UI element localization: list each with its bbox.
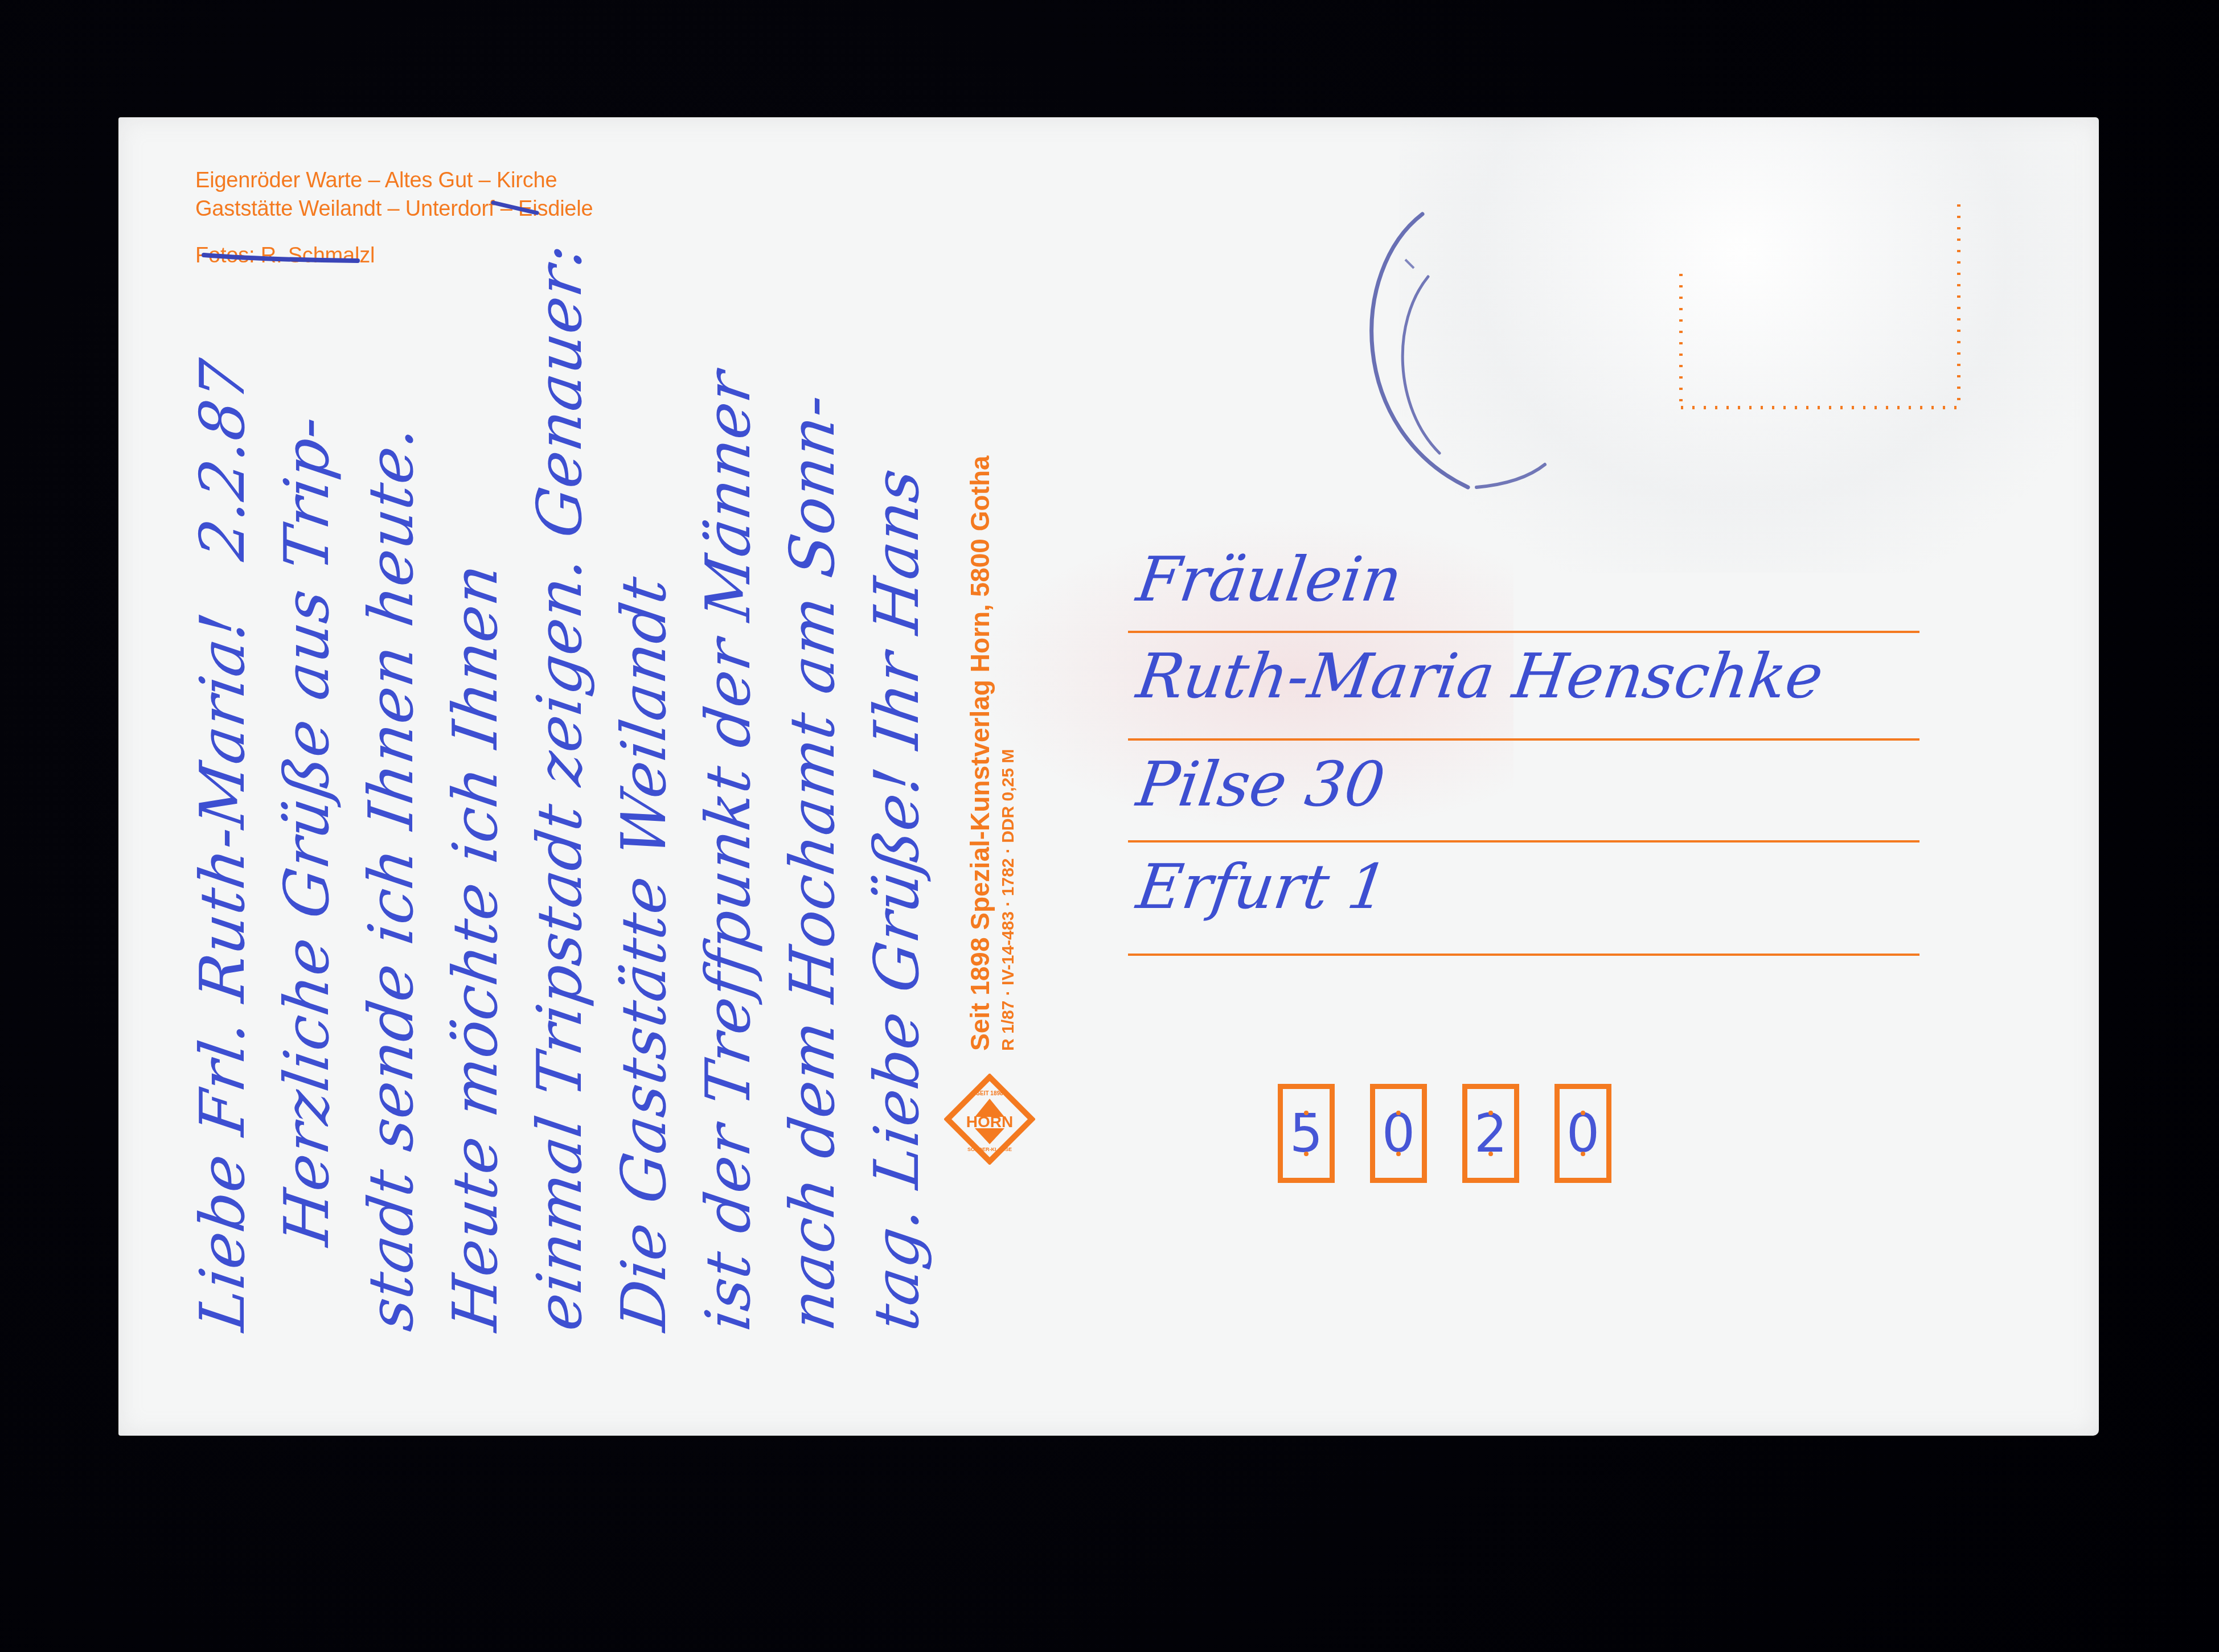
message-line: Herzliche Grüße aus Trip-	[265, 151, 350, 1336]
message-line: tag. Liebe Grüße! Ihr Hans	[855, 151, 940, 1336]
message-line: Heute möchte ich Ihnen	[434, 151, 518, 1336]
address-rule	[1128, 631, 1919, 633]
handwritten-message: Liebe Frl. Ruth-Maria! 2.2.87 Herzliche …	[181, 157, 978, 1330]
address-rule	[1128, 738, 1919, 741]
message-date: 2.2.87	[187, 355, 259, 564]
postcode-digit: 5	[1278, 1084, 1335, 1183]
scan-background: Eigenröder Warte – Altes Gut – Kirche Ga…	[0, 0, 2219, 1652]
address-rule	[1128, 954, 1919, 956]
postcode-digit: 0	[1370, 1084, 1427, 1183]
message-salutation-line: Liebe Frl. Ruth-Maria! 2.2.87	[181, 151, 265, 1336]
address-line-3: Pilse 30	[1133, 749, 1389, 820]
message-line: ist der Treffpunkt der Männer	[687, 151, 771, 1336]
message-salutation: Liebe Frl. Ruth-Maria!	[187, 609, 259, 1335]
postcode-digit: 2	[1462, 1084, 1519, 1183]
imprint-line-2: R 1/87 · IV-14-483 · 1782 · DDR 0,25 M	[997, 163, 1020, 1051]
circular-postmark-icon	[1337, 191, 1576, 510]
message-line: nach dem Hochamt am Sonn-	[771, 151, 855, 1336]
address-line-4: Erfurt 1	[1133, 852, 1392, 923]
address-line-1: Fräulein	[1133, 544, 1406, 615]
postcard: Eigenröder Warte – Altes Gut – Kirche Ga…	[118, 117, 2099, 1436]
message-line: Die Gaststätte Weilandt	[602, 151, 687, 1336]
message-line: einmal Tripstadt zeigen. Genauer:	[518, 151, 602, 1336]
address-rule	[1128, 840, 1919, 843]
svg-text:SEIT 1898: SEIT 1898	[976, 1091, 1003, 1097]
address-line-2: Ruth-Maria Henschke	[1133, 641, 1827, 712]
postcode-boxes: 5 0 2 0	[1278, 1084, 1611, 1183]
postcode-digit: 0	[1554, 1084, 1611, 1183]
stamp-placeholder-dotted-box-icon	[1677, 200, 1962, 413]
message-line: stadt sende ich Ihnen heute.	[350, 151, 434, 1336]
